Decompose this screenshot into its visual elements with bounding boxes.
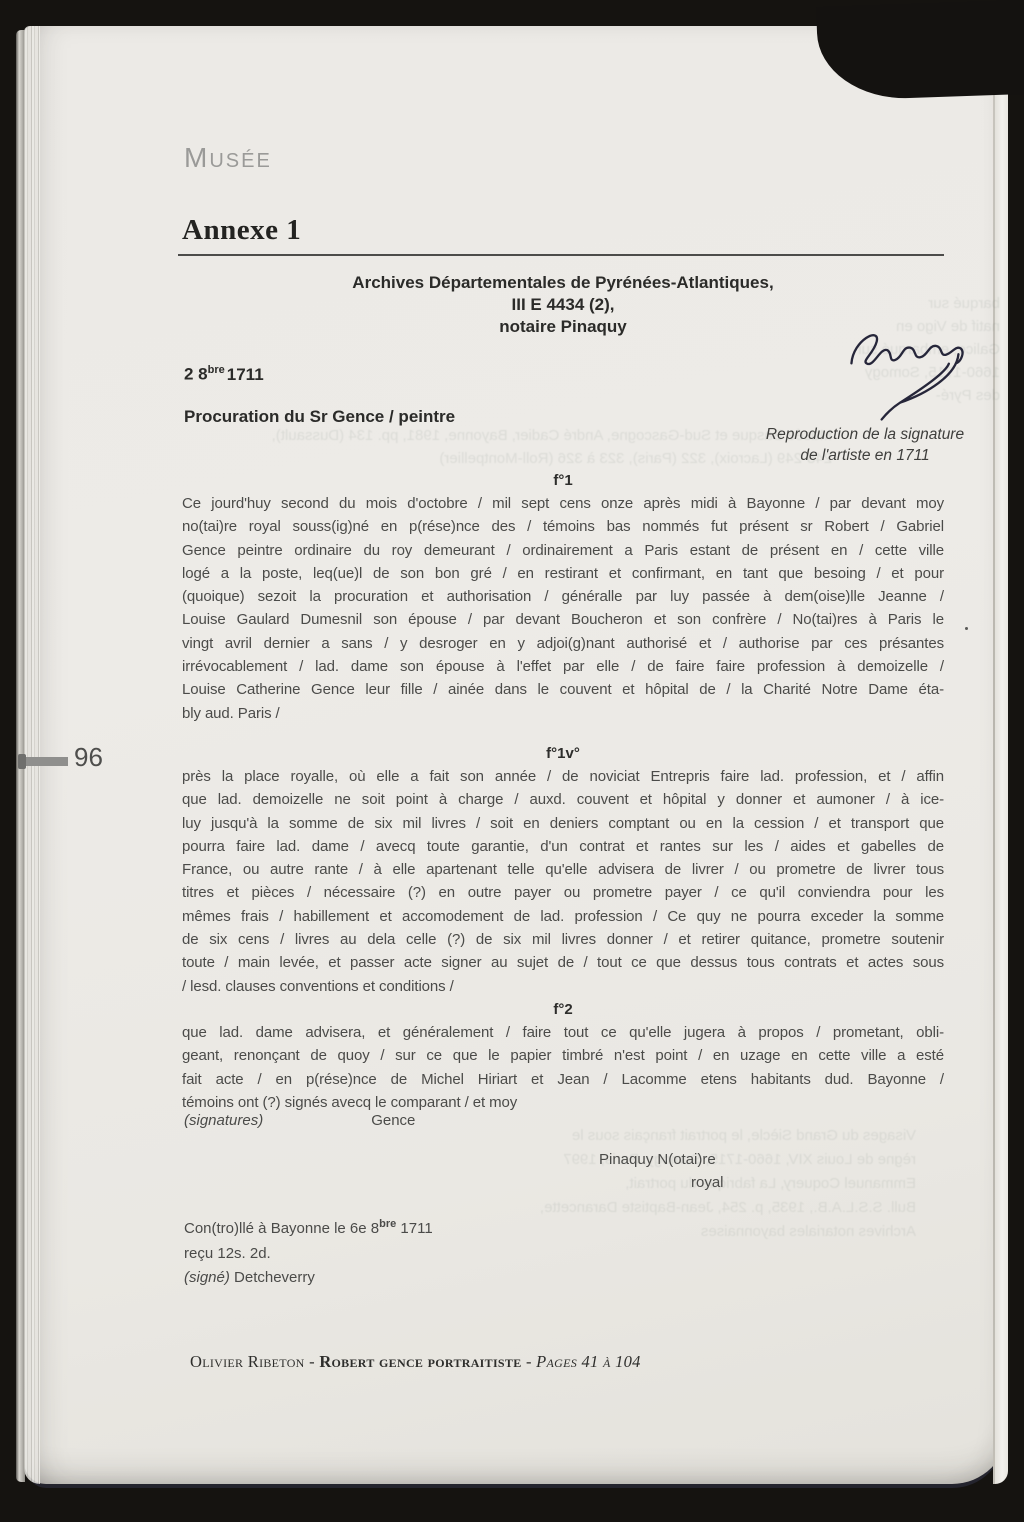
signature-caption: Reproduction de la signature de l'artist…	[710, 424, 1020, 466]
signature-caption-line-2: de l'artiste en 1711	[710, 445, 1020, 466]
notary-line-1: Pinaquy N(otai)re	[599, 1148, 724, 1171]
document-date: 2 8bre1711	[184, 364, 264, 385]
footer-pages: Pages 41 à 104	[536, 1352, 641, 1371]
next-page-edge	[995, 26, 1008, 1484]
control-prefix: Con(tro)llé à Bayonne le 6e 8	[184, 1220, 379, 1237]
annexe-heading: Annexe 1	[182, 214, 301, 247]
artist-signature-image	[829, 313, 979, 427]
footer-author: Olivier Ribeton	[190, 1352, 305, 1371]
section-heading-f1: f°1	[182, 472, 944, 489]
running-footer: Olivier Ribeton - Robert gence portraiti…	[190, 1352, 641, 1372]
archive-line-2: III E 4434 (2),	[182, 294, 944, 316]
signatures-label: (signatures)	[184, 1112, 263, 1129]
date-superscript: bre	[208, 364, 225, 376]
notary-block: Pinaquy N(otai)re royal	[599, 1148, 724, 1194]
document-title: Procuration du Sr Gence / peintre	[184, 407, 455, 427]
section-text-f1: Ce jourd'huy second du mois d'octobre / …	[182, 492, 944, 725]
archive-line-1: Archives Départementales de Pyrénées-Atl…	[182, 272, 944, 294]
book-page: barqué surnatif de Vigo enGalice, embarq…	[24, 26, 1008, 1484]
running-head-musee: Musée	[184, 142, 272, 174]
footer-article-title: Robert gence portraitiste	[319, 1352, 521, 1371]
control-year: 1711	[400, 1220, 432, 1237]
section-heading-f2: f°2	[182, 1001, 944, 1018]
section-text-f1v: près la place royalle, où elle a fait so…	[182, 765, 944, 998]
date-prefix: 2 8	[184, 365, 208, 384]
spine-page-edges	[24, 26, 40, 1484]
control-line-2: reçu 12s. 2d.	[184, 1242, 433, 1267]
section-heading-f1v: f°1v°	[182, 745, 944, 762]
footer-sep-2: -	[522, 1352, 537, 1371]
annexe-rule	[178, 254, 944, 256]
margin-tab-bar	[24, 757, 68, 766]
signed-name: Detcheverry	[234, 1269, 315, 1286]
signatures-line: (signatures)Gence	[184, 1112, 784, 1129]
section-text-f2: que lad. dame advisera, et généralement …	[182, 1021, 944, 1114]
date-year: 1711	[227, 365, 264, 384]
control-line-1: Con(tro)llé à Bayonne le 6e 8bre 1711	[184, 1212, 433, 1242]
page-number: 96	[74, 742, 103, 773]
footer-sep-1: -	[305, 1352, 320, 1371]
control-line-3: (signé) Detcheverry	[184, 1266, 433, 1291]
text-column: Musée Annexe 1 Archives Départementales …	[182, 26, 944, 1484]
notary-line-2: royal	[691, 1171, 724, 1194]
signatory-name: Gence	[371, 1112, 415, 1129]
signed-label: (signé)	[184, 1269, 230, 1286]
control-block: Con(tro)llé à Bayonne le 6e 8bre 1711 re…	[184, 1212, 433, 1291]
control-superscript: bre	[379, 1218, 396, 1230]
signature-caption-line-1: Reproduction de la signature	[710, 424, 1020, 445]
ink-dot	[965, 627, 968, 630]
